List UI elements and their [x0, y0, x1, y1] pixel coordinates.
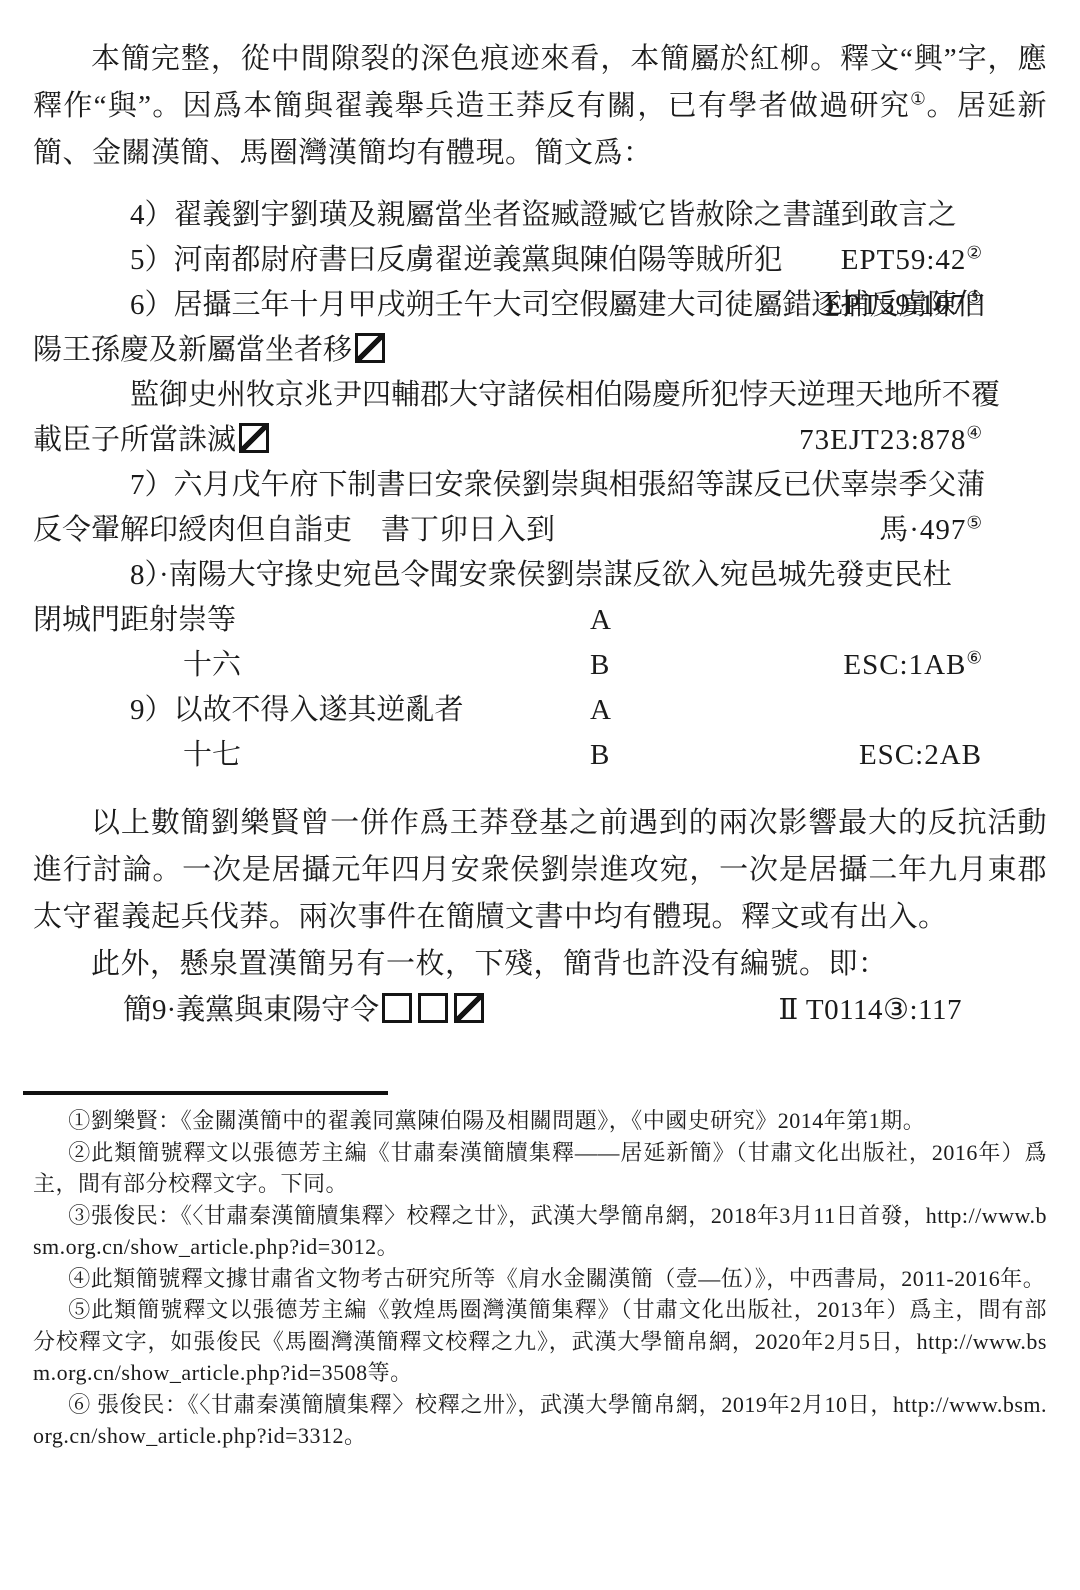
- slip-text-line: 閉城門距射崇等A: [33, 598, 1047, 643]
- text-run: 以上數簡劉樂賢曾一併作爲王莽登基之前遇到的兩次影響最大的反抗活動進行討論。一次是…: [33, 807, 1047, 933]
- text-run: ⑥ 張俊民：《〈甘肅秦漢簡牘集釋〉校釋之卅》，武漢大學簡帛網，2019年2月10…: [33, 1392, 1047, 1449]
- text-run: ④此類簡號釋文據甘肅省文物考古研究所等《肩水金關漢簡（壹—伍）》，中西書局，20…: [68, 1266, 1045, 1291]
- text-run: ⑤此類簡號釋文以張德芳主編《敦煌馬圈灣漢簡集釋》（甘肅文化出版社，2013年）爲…: [33, 1297, 1047, 1385]
- slip-text: 4）翟義劉宇劉璜及親屬當坐者盜臧證臧它皆赦除之書謹到敢言之: [130, 199, 957, 231]
- text-run: 十六: [183, 649, 241, 681]
- slip-number: ESC:1AB⑥: [843, 643, 982, 688]
- text-run: ESC:1AB: [843, 649, 966, 681]
- slip-text: 6）居攝三年十月甲戌朔壬午大司空假屬建大司徒屬錯逐捕反虜陳伯: [130, 289, 986, 321]
- footnote-ref: ⑤: [966, 512, 982, 532]
- damaged-char-symbol: [355, 333, 385, 363]
- text-run: Ⅱ T0114③:117: [778, 994, 962, 1026]
- slip-text: 陽王孫慶及新屬當坐者移: [33, 334, 388, 366]
- slip-number: 馬·497⑤: [879, 508, 982, 553]
- slip-text-line: 簡9·義黨與東陽守令Ⅱ T0114③:117: [33, 988, 1047, 1033]
- slip-text: 載臣子所當誅滅: [33, 424, 272, 456]
- text-run: 反令翬解印綬肉但自詣吏 書丁卯日入到: [33, 514, 555, 546]
- slip-text-line: 9）以故不得入遂其逆亂者A: [33, 688, 1047, 733]
- damaged-char-symbol: [454, 993, 484, 1023]
- slip-text-line: 陽王孫慶及新屬當坐者移: [33, 328, 1047, 373]
- text-run: 73EJT23:878: [799, 424, 966, 456]
- text-run: 閉城門距射崇等: [33, 604, 236, 636]
- text-run: ②此類簡號釋文以張德芳主編《甘肅秦漢簡牘集釋——居延新簡》（甘肅文化出版社，20…: [33, 1140, 1047, 1197]
- page: 本簡完整，從中間隙裂的深色痕迹來看，本簡屬於紅柳。釋文“興”字，應釋作“與”。因…: [0, 0, 1080, 1590]
- footnote-ref: ⑥: [966, 647, 982, 667]
- slip-text-line: 十六BESC:1AB⑥: [33, 643, 1047, 688]
- slip-text-line: 4）翟義劉宇劉璜及親屬當坐者盜臧證臧它皆赦除之書謹到敢言之: [33, 193, 1047, 238]
- slip-text: 十七: [183, 739, 241, 771]
- slip-text: 9）以故不得入遂其逆亂者: [130, 694, 464, 726]
- missing-char-symbol: [418, 993, 448, 1023]
- text-run: 此外，懸泉置漢簡另有一枚，下殘，簡背也許没有編號。即：: [91, 948, 888, 980]
- slip-text-line: 載臣子所當誅滅73EJT23:878④: [33, 418, 1047, 463]
- text-run: 8）·南陽大守掾史宛邑令聞安衆侯劉崇謀反欲入宛邑城先發吏民杜: [130, 559, 952, 591]
- slip-text: 5）河南都尉府書曰反虜翟逆義黨與陳伯陽等賊所犯: [130, 244, 783, 276]
- missing-char-symbol: [382, 993, 412, 1023]
- slip-side-label: A: [590, 688, 611, 733]
- document-content: 本簡完整，從中間隙裂的深色痕迹來看，本簡屬於紅柳。釋文“興”字，應釋作“與”。因…: [33, 36, 1047, 1452]
- text-run: 5）河南都尉府書曰反虜翟逆義黨與陳伯陽等賊所犯: [130, 244, 783, 276]
- slip-text: 十六: [183, 649, 241, 681]
- text-run: 6）居攝三年十月甲戌朔壬午大司空假屬建大司徒屬錯逐捕反虜陳伯: [130, 289, 986, 321]
- slip-text: 7）六月戊午府下制書曰安衆侯劉崇與相張紹等謀反已伏辜崇季父蒲: [130, 469, 986, 501]
- slip-text: 反令翬解印綬肉但自詣吏 書丁卯日入到: [33, 514, 555, 546]
- slip-text: 8）·南陽大守掾史宛邑令聞安衆侯劉崇謀反欲入宛邑城先發吏民杜: [130, 559, 952, 591]
- text-run: ESC:2AB: [859, 739, 982, 771]
- slip-text-line: 反令翬解印綬肉但自詣吏 書丁卯日入到馬·497⑤: [33, 508, 1047, 553]
- footnote-ref: ①: [910, 88, 926, 108]
- text-run: 監御史州牧京兆尹四輔郡大守諸侯相伯陽慶所犯悖天逆理天地所不覆: [130, 379, 1000, 411]
- text-run: 4）翟義劉宇劉璜及親屬當坐者盜臧證臧它皆赦除之書謹到敢言之: [130, 199, 957, 231]
- text-run: 馬·497: [879, 514, 966, 546]
- text-run: 載臣子所當誅滅: [33, 424, 236, 456]
- slip-text-line: 7）六月戊午府下制書曰安衆侯劉崇與相張紹等謀反已伏辜崇季父蒲: [33, 463, 1047, 508]
- text-run: 十七: [183, 739, 241, 771]
- slip-number: Ⅱ T0114③:117: [778, 988, 962, 1033]
- damaged-char-symbol: [239, 423, 269, 453]
- slip-number: 73EJT23:878④: [799, 418, 982, 463]
- slip-text-line: 8）·南陽大守掾史宛邑令聞安衆侯劉崇謀反欲入宛邑城先發吏民杜: [33, 553, 1047, 598]
- slip-text-line: 十七BESC:2AB: [33, 733, 1047, 778]
- text-run: 9）以故不得入遂其逆亂者: [130, 694, 464, 726]
- footnote-ref: ④: [966, 422, 982, 442]
- footnote: ⑤此類簡號釋文以張德芳主編《敦煌馬圈灣漢簡集釋》（甘肅文化出版社，2013年）爲…: [33, 1294, 1047, 1389]
- text-run: 7）六月戊午府下制書曰安衆侯劉崇與相張紹等謀反已伏辜崇季父蒲: [130, 469, 986, 501]
- text-run: ③張俊民：《〈甘肅秦漢簡牘集釋〉校釋之廿》，武漢大學簡帛網，2018年3月11日…: [33, 1203, 1047, 1260]
- body-paragraph: 此外，懸泉置漢簡另有一枚，下殘，簡背也許没有編號。即：: [33, 941, 1047, 988]
- footnote: ④此類簡號釋文據甘肅省文物考古研究所等《肩水金關漢簡（壹—伍）》，中西書局，20…: [33, 1263, 1047, 1295]
- footnote: ①劉樂賢：《金關漢簡中的翟義同黨陳伯陽及相關問題》，《中國史研究》2014年第1…: [33, 1105, 1047, 1137]
- footnote: ⑥ 張俊民：《〈甘肅秦漢簡牘集釋〉校釋之卅》，武漢大學簡帛網，2019年2月10…: [33, 1389, 1047, 1452]
- footnote-separator: [23, 1091, 388, 1095]
- slip-text: 簡9·義黨與東陽守令: [123, 994, 487, 1026]
- slip-text-line: 6）居攝三年十月甲戌朔壬午大司空假屬建大司徒屬錯逐捕反虜陳伯: [33, 283, 1047, 328]
- footnote: ②此類簡號釋文以張德芳主編《甘肅秦漢簡牘集釋——居延新簡》（甘肅文化出版社，20…: [33, 1137, 1047, 1200]
- slip-side-label: B: [590, 733, 609, 778]
- body-paragraph: 以上數簡劉樂賢曾一併作爲王莽登基之前遇到的兩次影響最大的反抗活動進行討論。一次是…: [33, 800, 1047, 941]
- text-run: 本簡完整，從中間隙裂的深色痕迹來看，本簡屬於紅柳。釋文“興”字，應釋作“與”。因…: [33, 43, 1047, 122]
- slip-text-line: 5）河南都尉府書曰反虜翟逆義黨與陳伯陽等賊所犯: [33, 238, 1047, 283]
- text-run: 簡9·義黨與東陽守令: [123, 994, 379, 1026]
- text-run: ①劉樂賢：《金關漢簡中的翟義同黨陳伯陽及相關問題》，《中國史研究》2014年第1…: [68, 1108, 925, 1133]
- slip-text-line: 監御史州牧京兆尹四輔郡大守諸侯相伯陽慶所犯悖天逆理天地所不覆: [33, 373, 1047, 418]
- slip-side-label: B: [590, 643, 609, 688]
- slip-text: 閉城門距射崇等: [33, 604, 236, 636]
- slip-text: 監御史州牧京兆尹四輔郡大守諸侯相伯陽慶所犯悖天逆理天地所不覆: [130, 379, 1000, 411]
- body-paragraph: 本簡完整，從中間隙裂的深色痕迹來看，本簡屬於紅柳。釋文“興”字，應釋作“與”。因…: [33, 36, 1047, 177]
- footnote: ③張俊民：《〈甘肅秦漢簡牘集釋〉校釋之廿》，武漢大學簡帛網，2018年3月11日…: [33, 1200, 1047, 1263]
- text-run: 陽王孫慶及新屬當坐者移: [33, 334, 352, 366]
- slip-number: ESC:2AB: [859, 733, 982, 778]
- slip-side-label: A: [590, 598, 611, 643]
